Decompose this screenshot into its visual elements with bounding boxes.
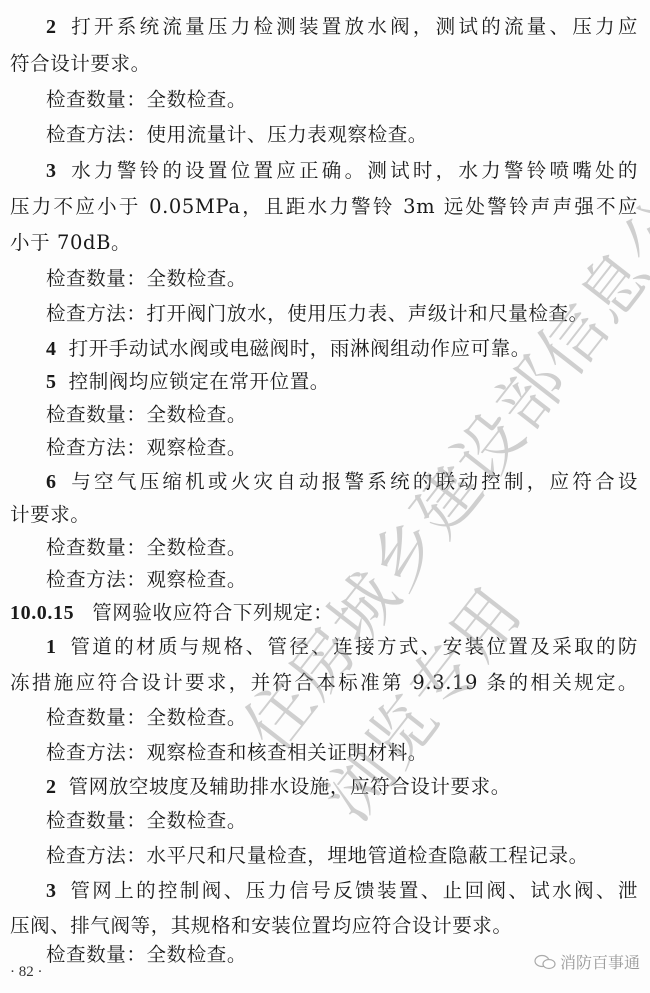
body-text: 检查方法：观察检查。 (46, 568, 247, 591)
body-line: 压力不应小于 0.05MPa，且距水力警铃 3m 远处警铃声声强不应 (10, 192, 638, 222)
body-text: 检查数量：全数检查。 (46, 536, 247, 559)
page-number: · 82 · (10, 964, 43, 981)
body-text: 检查方法：水平尺和尺量检查，埋地管道检查隐蔽工程记录。 (46, 844, 589, 867)
body-text: 控制阀均应锁定在常开位置。 (69, 370, 330, 393)
check-quantity: 检查数量：全数检查。 (46, 264, 638, 294)
body-line: 符合设计要求。 (10, 49, 638, 79)
clause-number: 10.0.15 (10, 602, 74, 624)
body-text: 管网验收应符合下列规定： (92, 601, 333, 624)
body-text: 检查方法：打开阀门放水，使用压力表、声级计和尺量检查。 (46, 302, 589, 325)
body-text: 打开系统流量压力检测装置放水阀，测试的流量、压力应 (69, 15, 638, 38)
item-number: 2 (46, 16, 57, 38)
item-5-line: 5控制阀均应锁定在常开位置。 (46, 367, 638, 397)
body-text: 检查数量：全数检查。 (46, 706, 247, 729)
wechat-icon (534, 954, 556, 970)
body-text: 检查数量：全数检查。 (46, 88, 247, 111)
body-text: 压阀、排气阀等，其规格和安装位置均应符合设计要求。 (10, 914, 513, 937)
body-text: 检查方法：使用流量计、压力表观察检查。 (46, 123, 428, 146)
check-method: 检查方法：观察检查。 (46, 433, 638, 463)
check-method: 检查方法：打开阀门放水，使用压力表、声级计和尺量检查。 (46, 299, 638, 329)
body-text: 检查数量：全数检查。 (46, 809, 247, 832)
body-text: 管道的材质与规格、管径、连接方式、安装位置及采取的防 (69, 635, 638, 658)
item-3-line: 3管网上的控制阀、压力信号反馈装置、止回阀、试水阀、泄 (46, 876, 638, 906)
document-page: 2打开系统流量压力检测装置放水阀，测试的流量、压力应 符合设计要求。 检查数量：… (0, 0, 650, 993)
check-method: 检查方法：观察检查和核查相关证明材料。 (46, 738, 638, 768)
body-line: 冻措施应符合设计要求，并符合本标准第 9.3.19 条的相关规定。 (10, 668, 638, 698)
body-text: 检查方法：观察检查。 (46, 436, 247, 459)
item-number: 2 (46, 776, 57, 798)
check-quantity: 检查数量：全数检查。 (46, 703, 638, 733)
body-text: 检查数量：全数检查。 (46, 403, 247, 426)
body-text: 压力不应小于 0.05MPa，且距水力警铃 3m 远处警铃声声强不应 (10, 195, 638, 218)
item-4-line: 4打开手动试水阀或电磁阀时，雨淋阀组动作应可靠。 (46, 334, 638, 364)
item-number: 5 (46, 371, 57, 393)
body-text: 计要求。 (10, 503, 90, 526)
check-quantity: 检查数量：全数检查。 (46, 533, 638, 563)
body-text: 管网放空坡度及辅助排水设施，应符合设计要求。 (69, 775, 511, 798)
item-6-line: 6与空气压缩机或火灾自动报警系统的联动控制，应符合设 (46, 467, 638, 497)
body-text: 符合设计要求。 (10, 52, 151, 75)
body-text: 管网上的控制阀、压力信号反馈装置、止回阀、试水阀、泄 (69, 879, 638, 902)
check-method: 检查方法：观察检查。 (46, 565, 638, 595)
item-2-line: 2管网放空坡度及辅助排水设施，应符合设计要求。 (46, 772, 638, 802)
item-number: 3 (46, 880, 57, 902)
item-3-line: 3水力警铃的设置位置应正确。测试时，水力警铃喷嘴处的 (46, 156, 638, 186)
body-text: 检查数量：全数检查。 (46, 943, 247, 966)
body-text: 水力警铃的设置位置应正确。测试时，水力警铃喷嘴处的 (69, 159, 638, 182)
check-quantity: 检查数量：全数检查。 (46, 806, 638, 836)
item-number: 6 (46, 471, 57, 493)
item-number: 1 (46, 636, 57, 658)
item-number: 4 (46, 338, 57, 360)
check-method: 检查方法：水平尺和尺量检查，埋地管道检查隐蔽工程记录。 (46, 841, 638, 871)
body-text: 小于 70dB。 (10, 231, 131, 254)
body-line: 压阀、排气阀等，其规格和安装位置均应符合设计要求。 (10, 911, 638, 941)
item-1-line: 1管道的材质与规格、管径、连接方式、安装位置及采取的防 (46, 632, 638, 662)
check-quantity: 检查数量：全数检查。 (46, 400, 638, 430)
brand-watermark: 消防百事通 (534, 950, 640, 973)
item-2-line: 2打开系统流量压力检测装置放水阀，测试的流量、压力应 (46, 12, 638, 42)
body-text: 冻措施应符合设计要求，并符合本标准第 9.3.19 条的相关规定。 (10, 671, 638, 694)
body-text: 检查数量：全数检查。 (46, 267, 247, 290)
body-text: 打开手动试水阀或电磁阀时，雨淋阀组动作应可靠。 (69, 337, 531, 360)
body-line: 计要求。 (10, 500, 638, 530)
brand-name: 消防百事通 (560, 950, 640, 973)
check-method: 检查方法：使用流量计、压力表观察检查。 (46, 120, 638, 150)
clause-heading: 10.0.15管网验收应符合下列规定： (10, 598, 638, 628)
item-number: 3 (46, 160, 57, 182)
body-text: 与空气压缩机或火灾自动报警系统的联动控制，应符合设 (69, 470, 638, 493)
body-line: 小于 70dB。 (10, 228, 638, 258)
check-quantity: 检查数量：全数检查。 (46, 85, 638, 115)
body-text: 检查方法：观察检查和核查相关证明材料。 (46, 741, 428, 764)
